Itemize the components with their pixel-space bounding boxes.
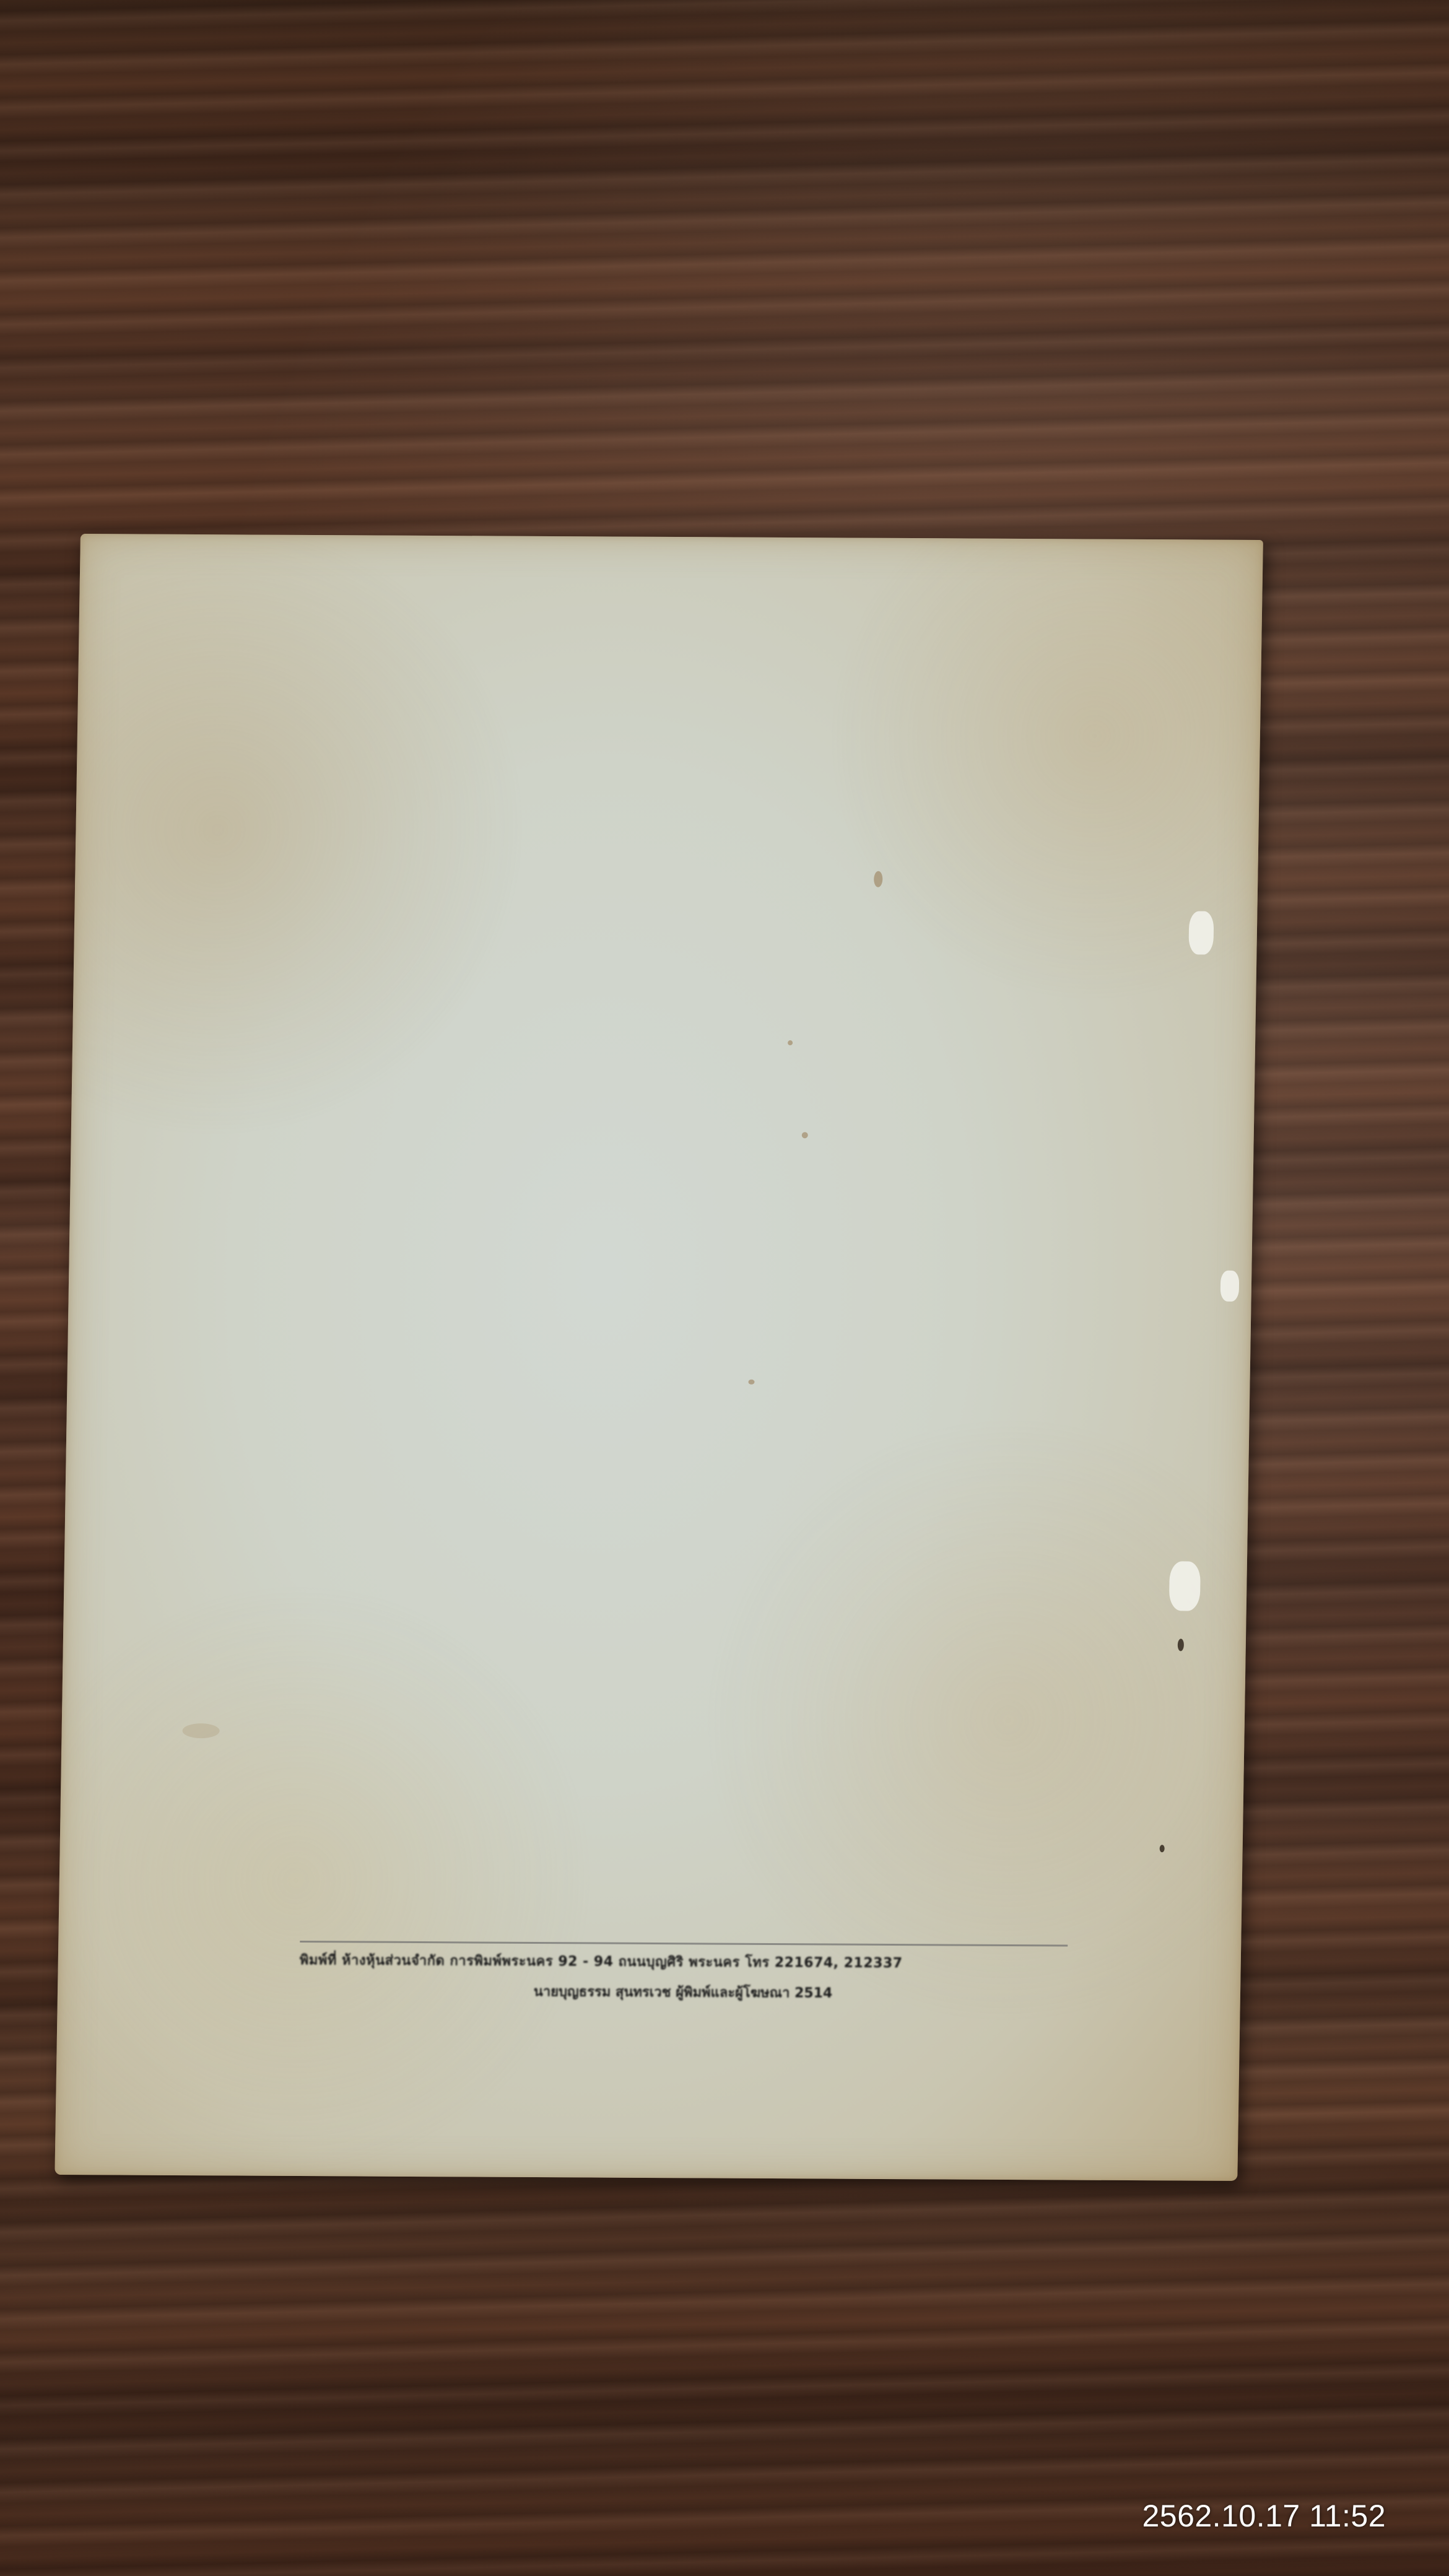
stain-spot: [1178, 1638, 1184, 1651]
imprint-line-1: พิมพ์ที่ ห้างหุ้นส่วนจำกัด การพิมพ์พระนค…: [300, 1949, 1068, 1974]
printer-imprint: พิมพ์ที่ ห้างหุ้นส่วนจำกัด การพิมพ์พระนค…: [299, 1941, 1068, 2004]
imprint-line-2: นายบุญธรรม สุนทรเวช ผู้พิมพ์และผู้โฆษณา …: [299, 1979, 1067, 2004]
stain-spot: [182, 1723, 219, 1738]
book-back-cover: พิมพ์ที่ ห้างหุ้นส่วนจำกัด การพิมพ์พระนค…: [54, 534, 1263, 2181]
stain-spot: [1160, 1845, 1165, 1852]
stain-spot: [748, 1380, 754, 1385]
worn-edge-mark: [1188, 911, 1214, 954]
worn-edge-mark: [1221, 1271, 1240, 1302]
stain-spot: [802, 1132, 808, 1138]
stain-spot: [874, 871, 882, 887]
worn-edge-mark: [1169, 1561, 1201, 1611]
stain-spot: [788, 1040, 793, 1045]
camera-timestamp: 2562.10.17 11:52: [1142, 2498, 1386, 2534]
imprint-divider: [300, 1941, 1068, 1946]
